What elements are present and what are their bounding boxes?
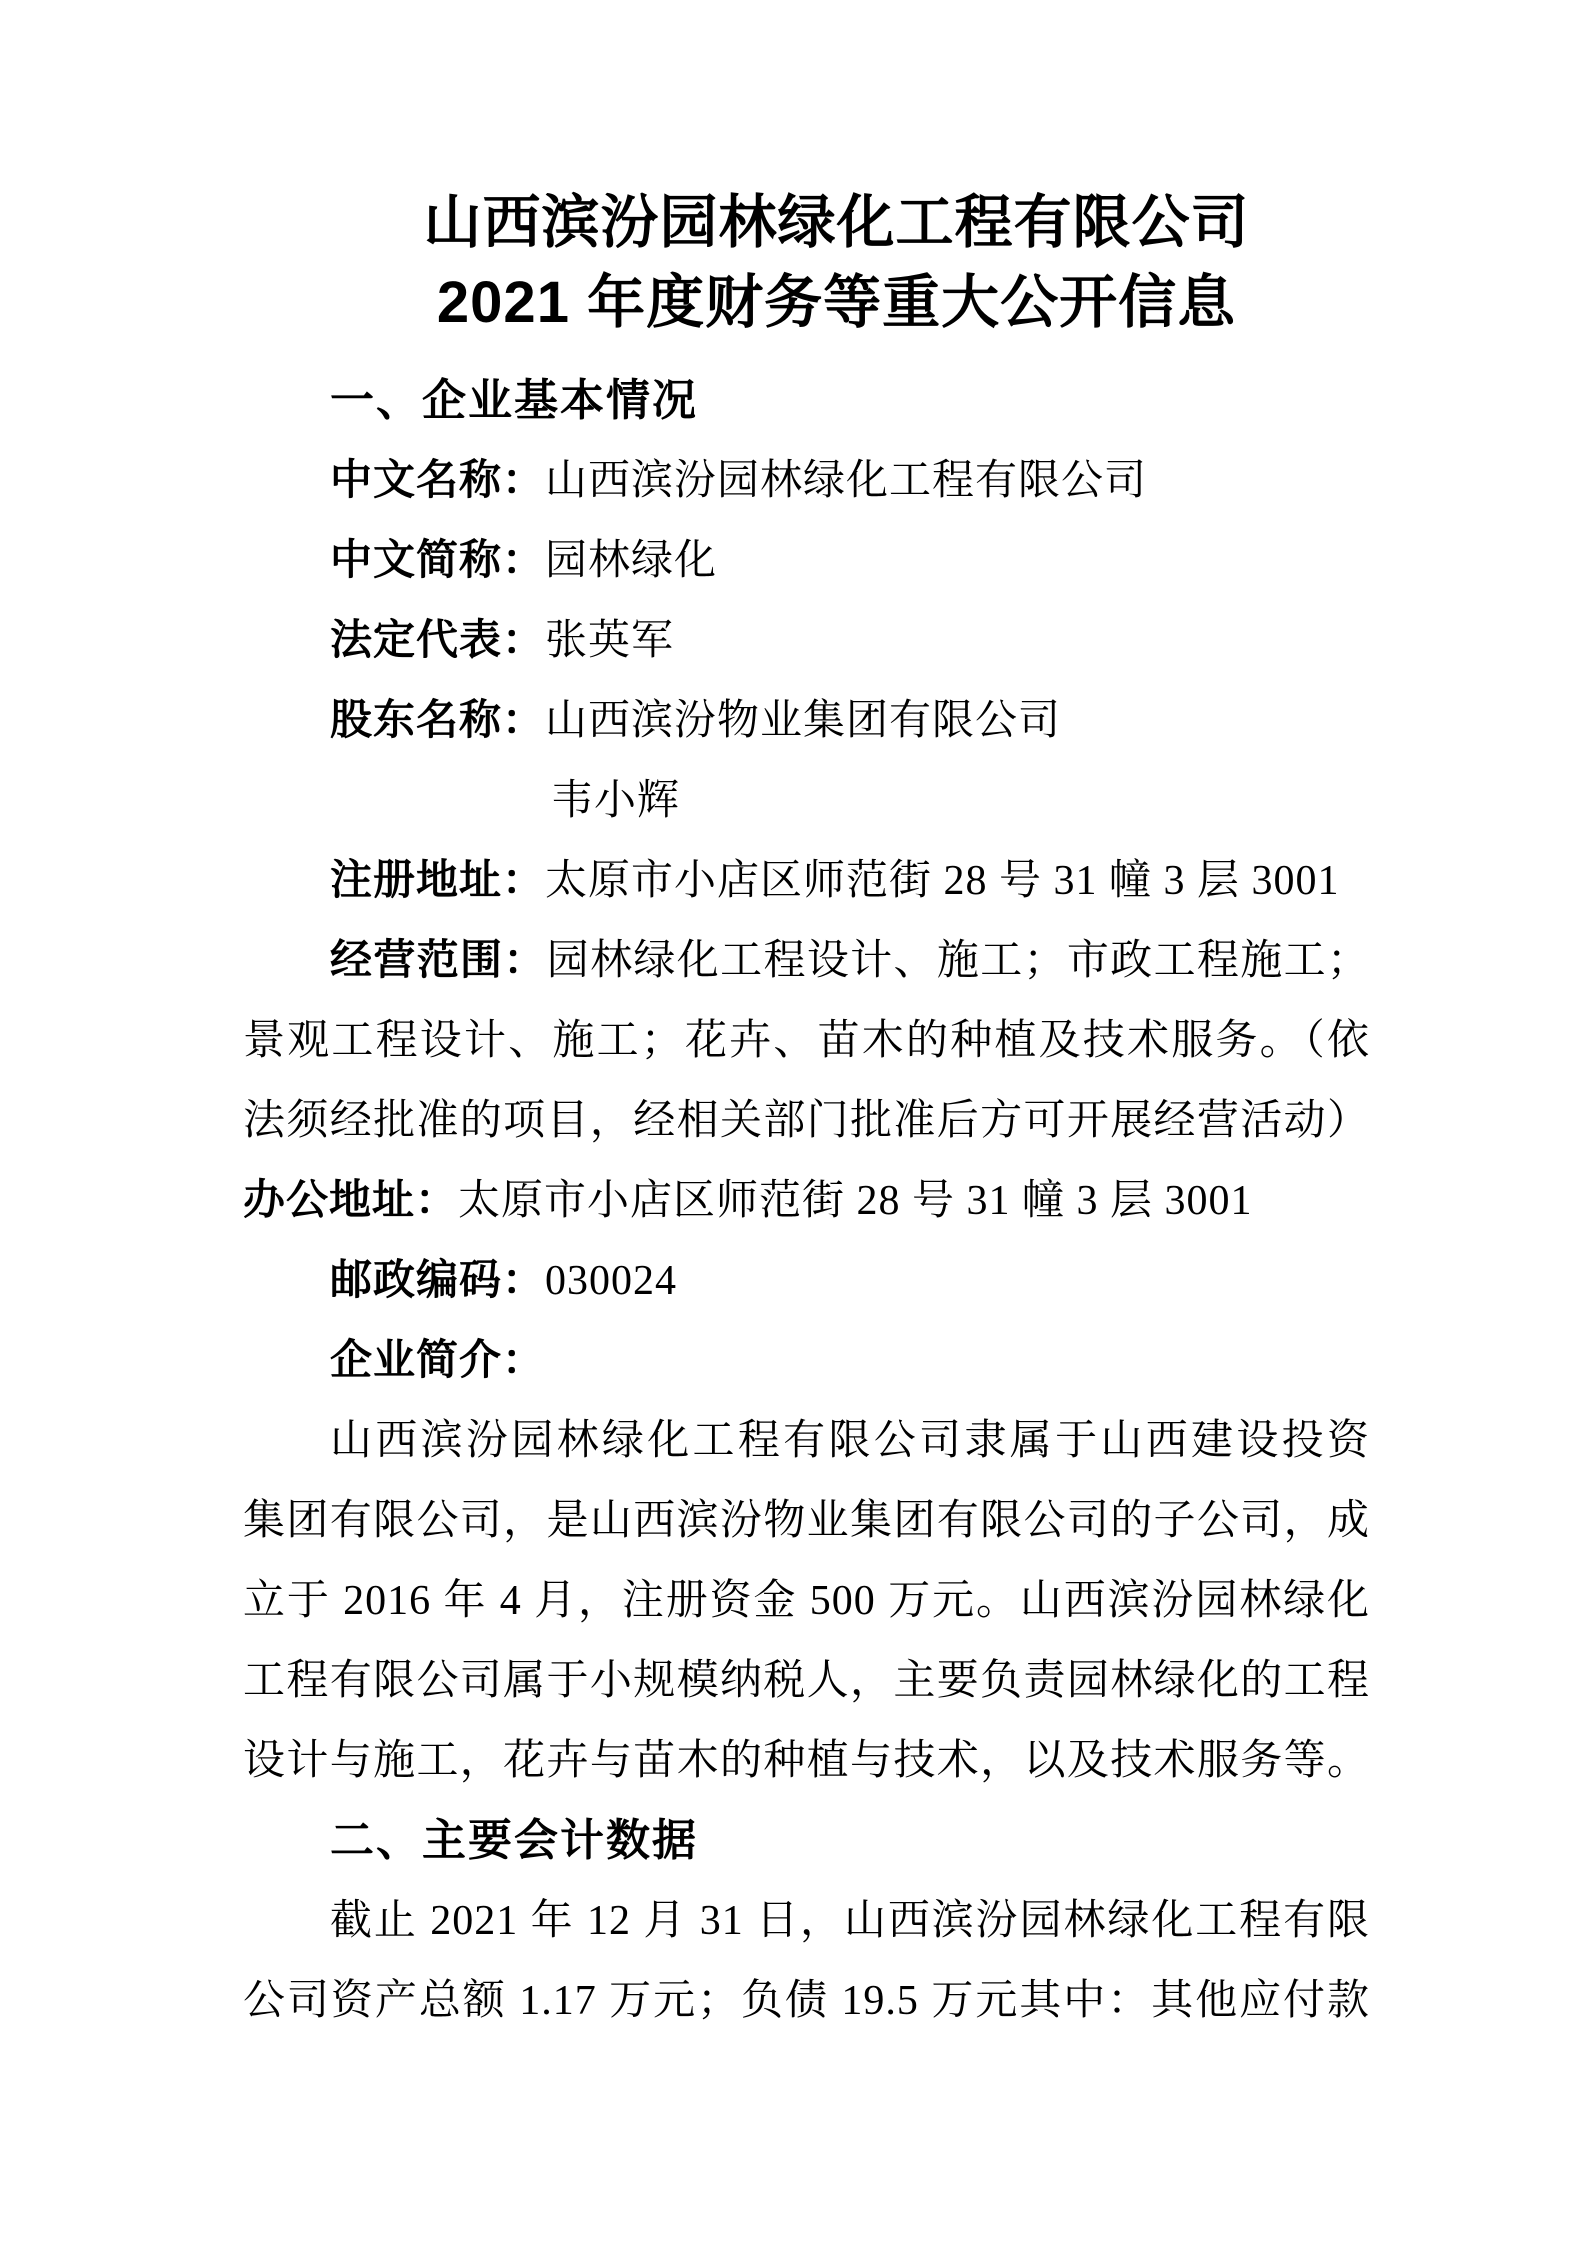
office-addr-label: 办公地址： — [243, 1178, 458, 1224]
intro-line3: 立于 2016 年 4 月，注册资金 500 万元。山西滨汾园林绿化 — [243, 1561, 1370, 1641]
shareholder-label: 股东名称： — [330, 698, 545, 744]
cn-name-value: 山西滨汾园林绿化工程有限公司 — [545, 458, 1147, 504]
section2-line1: 截止 2021 年 12 月 31 日，山西滨汾园林绿化工程有限 — [243, 1881, 1370, 1961]
intro-line2: 集团有限公司，是山西滨汾物业集团有限公司的子公司，成 — [243, 1481, 1370, 1561]
intro-line5-text: 设计与施工，花卉与苗木的种植与技术，以及技术服务等。 — [243, 1738, 1370, 1784]
field-intro-label: 企业简介： — [243, 1321, 1370, 1401]
document-page: 山西滨汾园林绿化工程有限公司 2021 年度财务等重大公开信息 一、企业基本情况… — [0, 0, 1587, 2245]
shareholder-value-2: 韦小辉 — [551, 778, 680, 824]
biz-scope-line1: 园林绿化工程设计、施工；市政工程施工； — [547, 938, 1370, 984]
cn-short-label: 中文简称： — [330, 538, 545, 584]
section2-heading: 二、主要会计数据 — [243, 1801, 1370, 1881]
biz-scope-line2-text: 景观工程设计、施工；花卉、苗木的种植及技术服务。（依 — [243, 1018, 1370, 1064]
field-cn-name: 中文名称：山西滨汾园林绿化工程有限公司 — [243, 441, 1370, 521]
biz-scope-line3: 法须经批准的项目，经相关部门批准后方可开展经营活动） — [243, 1081, 1370, 1161]
intro-line5: 设计与施工，花卉与苗木的种植与技术，以及技术服务等。 — [243, 1721, 1370, 1801]
field-office-addr: 办公地址：太原市小店区师范街 28 号 31 幢 3 层 3001 — [243, 1161, 1370, 1241]
field-reg-addr: 注册地址：太原市小店区师范街 28 号 31 幢 3 层 3001 — [243, 841, 1370, 921]
document-title-line1: 山西滨汾园林绿化工程有限公司 — [303, 183, 1370, 263]
field-legal-rep: 法定代表：张英军 — [243, 601, 1370, 681]
field-shareholder: 股东名称：山西滨汾物业集团有限公司 — [243, 681, 1370, 761]
intro-line1-text: 山西滨汾园林绿化工程有限公司隶属于山西建设投资 — [330, 1418, 1370, 1464]
intro-line3-text: 立于 2016 年 4 月，注册资金 500 万元。山西滨汾园林绿化 — [243, 1578, 1370, 1624]
biz-scope-line3-text: 法须经批准的项目，经相关部门批准后方可开展经营活动） — [243, 1098, 1370, 1144]
intro-line1: 山西滨汾园林绿化工程有限公司隶属于山西建设投资 — [243, 1401, 1370, 1481]
section2-line1-text: 截止 2021 年 12 月 31 日，山西滨汾园林绿化工程有限 — [330, 1898, 1370, 1944]
cn-name-label: 中文名称： — [330, 458, 545, 504]
biz-scope-line2: 景观工程设计、施工；花卉、苗木的种植及技术服务。（依 — [243, 1001, 1370, 1081]
legal-rep-value: 张英军 — [545, 618, 674, 664]
intro-line4: 工程有限公司属于小规模纳税人，主要负责园林绿化的工程 — [243, 1641, 1370, 1721]
intro-label: 企业简介： — [330, 1338, 545, 1384]
field-shareholder-2: 韦小辉 — [243, 761, 1370, 841]
intro-line2-text: 集团有限公司，是山西滨汾物业集团有限公司的子公司，成 — [243, 1498, 1370, 1544]
document-title-line2: 2021 年度财务等重大公开信息 — [303, 263, 1370, 343]
field-biz-scope: 经营范围：园林绿化工程设计、施工；市政工程施工； — [243, 921, 1370, 1001]
section1-heading: 一、企业基本情况 — [243, 361, 1370, 441]
document-title: 山西滨汾园林绿化工程有限公司 2021 年度财务等重大公开信息 — [243, 183, 1370, 343]
shareholder-value-1: 山西滨汾物业集团有限公司 — [545, 698, 1061, 744]
field-postcode: 邮政编码：030024 — [243, 1241, 1370, 1321]
office-addr-value: 太原市小店区师范街 28 号 31 幢 3 层 3001 — [458, 1178, 1253, 1224]
field-cn-short: 中文简称：园林绿化 — [243, 521, 1370, 601]
cn-short-value: 园林绿化 — [545, 538, 717, 584]
section2-line2-text: 公司资产总额 1.17 万元；负债 19.5 万元其中：其他应付款 — [243, 1978, 1370, 2024]
biz-scope-label: 经营范围： — [330, 938, 547, 984]
legal-rep-label: 法定代表： — [330, 618, 545, 664]
reg-addr-label: 注册地址： — [330, 858, 545, 904]
section2-line2: 公司资产总额 1.17 万元；负债 19.5 万元其中：其他应付款 — [243, 1961, 1370, 2041]
intro-line4-text: 工程有限公司属于小规模纳税人，主要负责园林绿化的工程 — [243, 1658, 1370, 1704]
postcode-value: 030024 — [545, 1258, 677, 1304]
document-content: 山西滨汾园林绿化工程有限公司 2021 年度财务等重大公开信息 一、企业基本情况… — [243, 183, 1370, 2041]
postcode-label: 邮政编码： — [330, 1258, 545, 1304]
reg-addr-value: 太原市小店区师范街 28 号 31 幢 3 层 3001 — [545, 858, 1340, 904]
